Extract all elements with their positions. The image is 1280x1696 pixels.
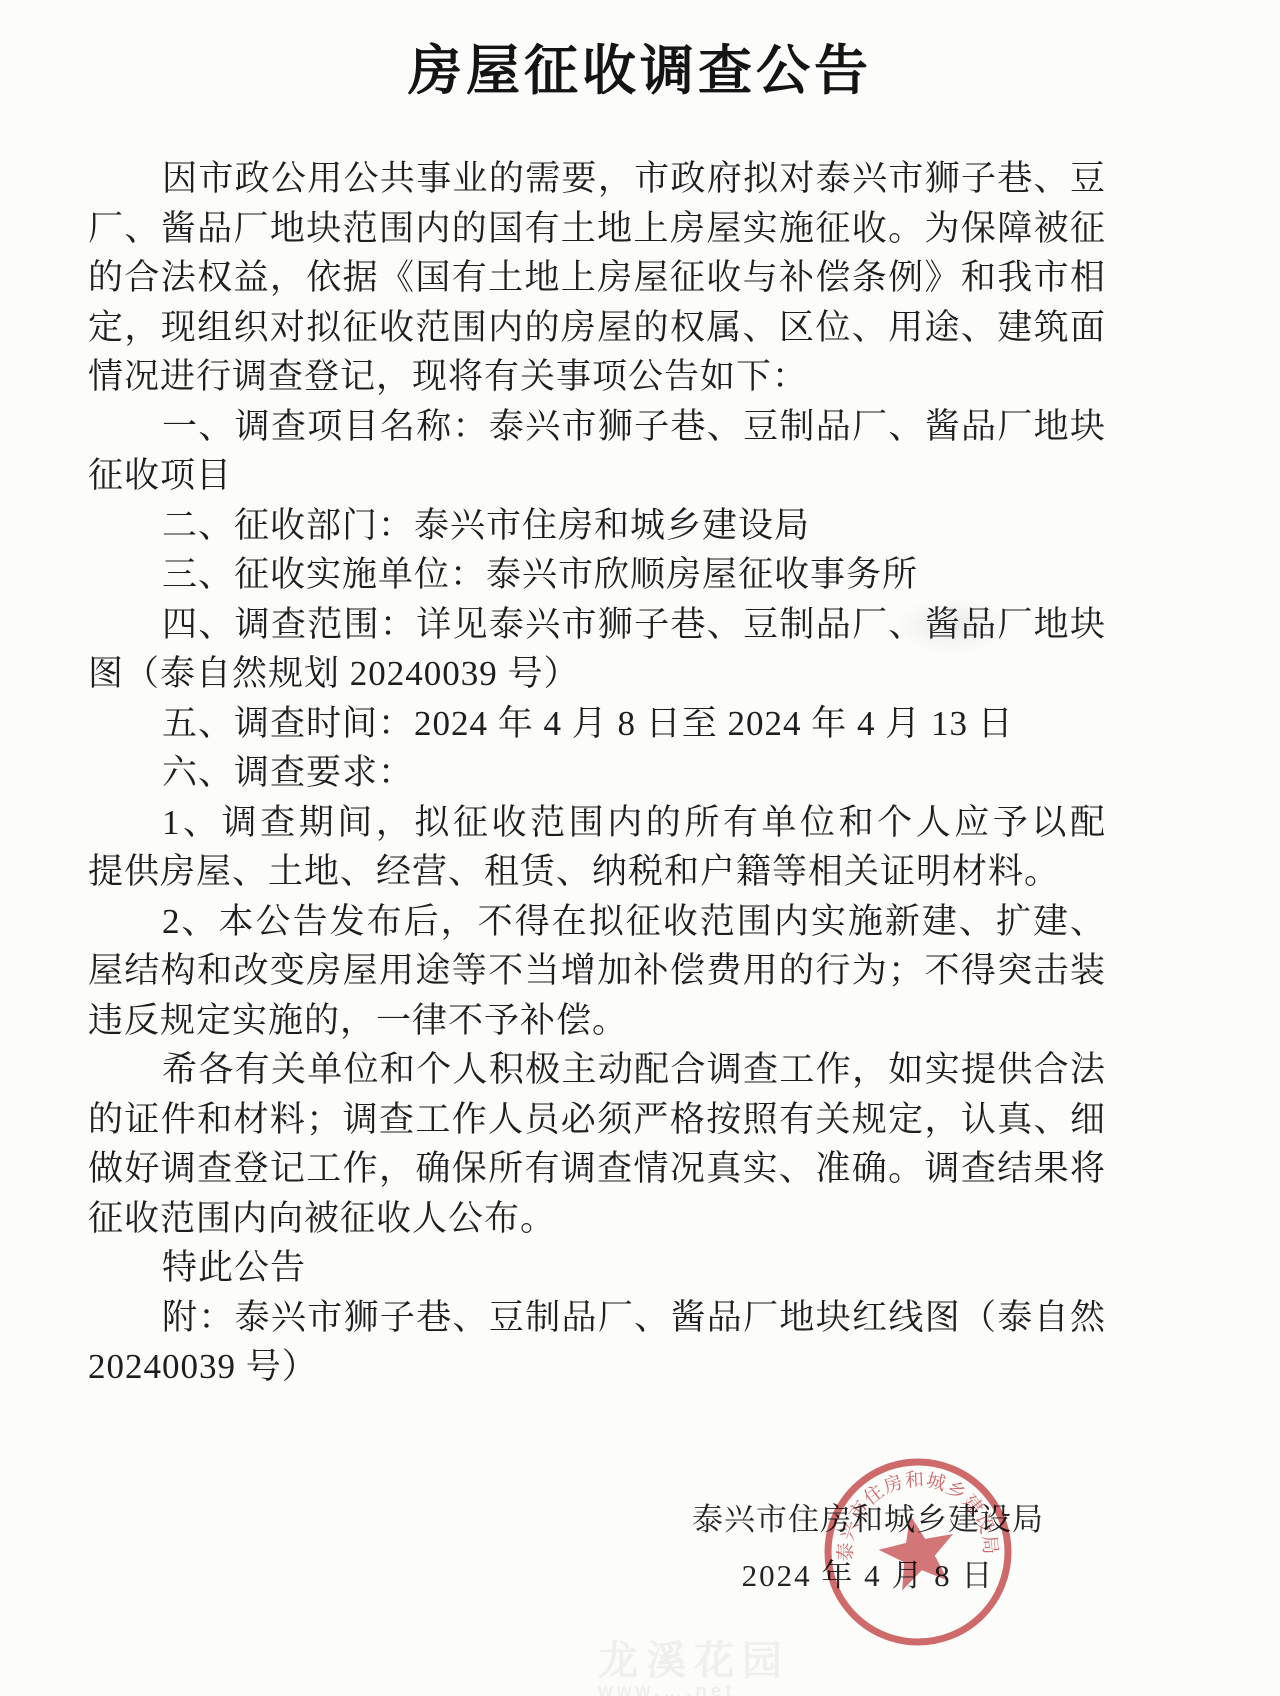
text-line: 三、征收实施单位：泰兴市欣顺房屋征收事务所 <box>88 550 1106 600</box>
watermark-name: 龙溪花园 <box>598 1640 790 1682</box>
text-line: 二、征收部门：泰兴市住房和城乡建设局 <box>88 501 1106 551</box>
text-line: 图（泰自然规划 20240039 号） <box>88 649 1106 699</box>
text-line: 的证件和材料；调查工作人员必须严格按照有关规定，认真、细致地 <box>88 1095 1106 1145</box>
text-line: 定，现组织对拟征收范围内的房屋的权属、区位、用途、建筑面积等 <box>88 303 1106 353</box>
document-body: 因市政公用公共事业的需要，市政府拟对泰兴市狮子巷、豆制品厂、酱品厂地块范围内的国… <box>88 154 1106 1392</box>
text-line: 1、调查期间，拟征收范围内的所有单位和个人应予以配合，及时 <box>88 798 1106 848</box>
text-line: 特此公告 <box>88 1243 1106 1293</box>
text-line: 做好调查登记工作，确保所有调查情况真实、准确。调查结果将在本 <box>88 1144 1106 1194</box>
text-line: 四、调查范围：详见泰兴市狮子巷、豆制品厂、酱品厂地块红线 <box>88 600 1106 650</box>
text-line: 违反规定实施的，一律不予补偿。 <box>88 996 1106 1046</box>
page-title: 房屋征收调查公告 <box>0 28 1280 105</box>
text-line: 一、调查项目名称：泰兴市狮子巷、豆制品厂、酱品厂地块房屋 <box>88 402 1106 452</box>
text-line: 厂、酱品厂地块范围内的国有土地上房屋实施征收。为保障被征收人 <box>88 204 1106 254</box>
text-line: 附：泰兴市狮子巷、豆制品厂、酱品厂地块红线图（泰自然规划 <box>88 1293 1106 1343</box>
text-line: 屋结构和改变房屋用途等不当增加补偿费用的行为；不得突击装修。 <box>88 946 1106 996</box>
text-line: 五、调查时间：2024 年 4 月 8 日至 2024 年 4 月 13 日 <box>88 699 1106 749</box>
watermark: 龙溪花园 www.….net <box>598 1640 790 1696</box>
text-line: 希各有关单位和个人积极主动配合调查工作，如实提供合法有效 <box>88 1045 1106 1095</box>
text-line: 六、调查要求： <box>88 748 1106 798</box>
text-line: 提供房屋、土地、经营、租赁、纳税和户籍等相关证明材料。 <box>88 847 1106 897</box>
watermark-url: www.….net <box>598 1682 790 1696</box>
text-line: 因市政公用公共事业的需要，市政府拟对泰兴市狮子巷、豆制品 <box>88 154 1106 204</box>
text-line: 2、本公告发布后，不得在拟征收范围内实施新建、扩建、改建房 <box>88 897 1106 947</box>
star-icon <box>873 1507 962 1594</box>
official-stamp: 泰兴市住房和城乡建设局 <box>800 1434 1036 1670</box>
text-line: 征收范围内向被征收人公布。 <box>88 1194 1106 1244</box>
text-line: 20240039 号） <box>88 1342 1106 1392</box>
text-line: 的合法权益，依据《国有土地上房屋征收与补偿条例》和我市相关规 <box>88 253 1106 303</box>
text-line: 情况进行调查登记，现将有关事项公告如下： <box>88 352 1106 402</box>
text-line: 征收项目 <box>88 451 1106 501</box>
